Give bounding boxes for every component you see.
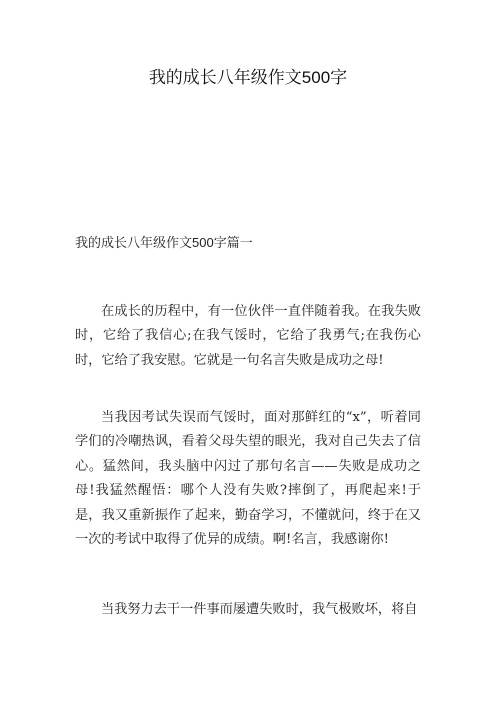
document-title: 我的成长八年级作文500字	[0, 63, 496, 88]
paragraph-3: 当我努力去干一件事而屡遭失败时，我气极败坏，将自	[75, 598, 421, 622]
paragraph-1: 在成长的历程中，有一位伙伴一直伴随着我。在我失败时，它给了我信心;在我气馁时，它…	[75, 300, 421, 373]
document-page: 我的成长八年级作文500字 我的成长八年级作文500字篇一 在成长的历程中，有一…	[0, 0, 496, 702]
section-heading: 我的成长八年级作文500字篇一	[75, 232, 253, 251]
paragraph-2: 当我因考试失误而气馁时，面对那鲜红的“x”，听着同学们的冷嘲热讽，看着父母失望的…	[75, 406, 421, 552]
